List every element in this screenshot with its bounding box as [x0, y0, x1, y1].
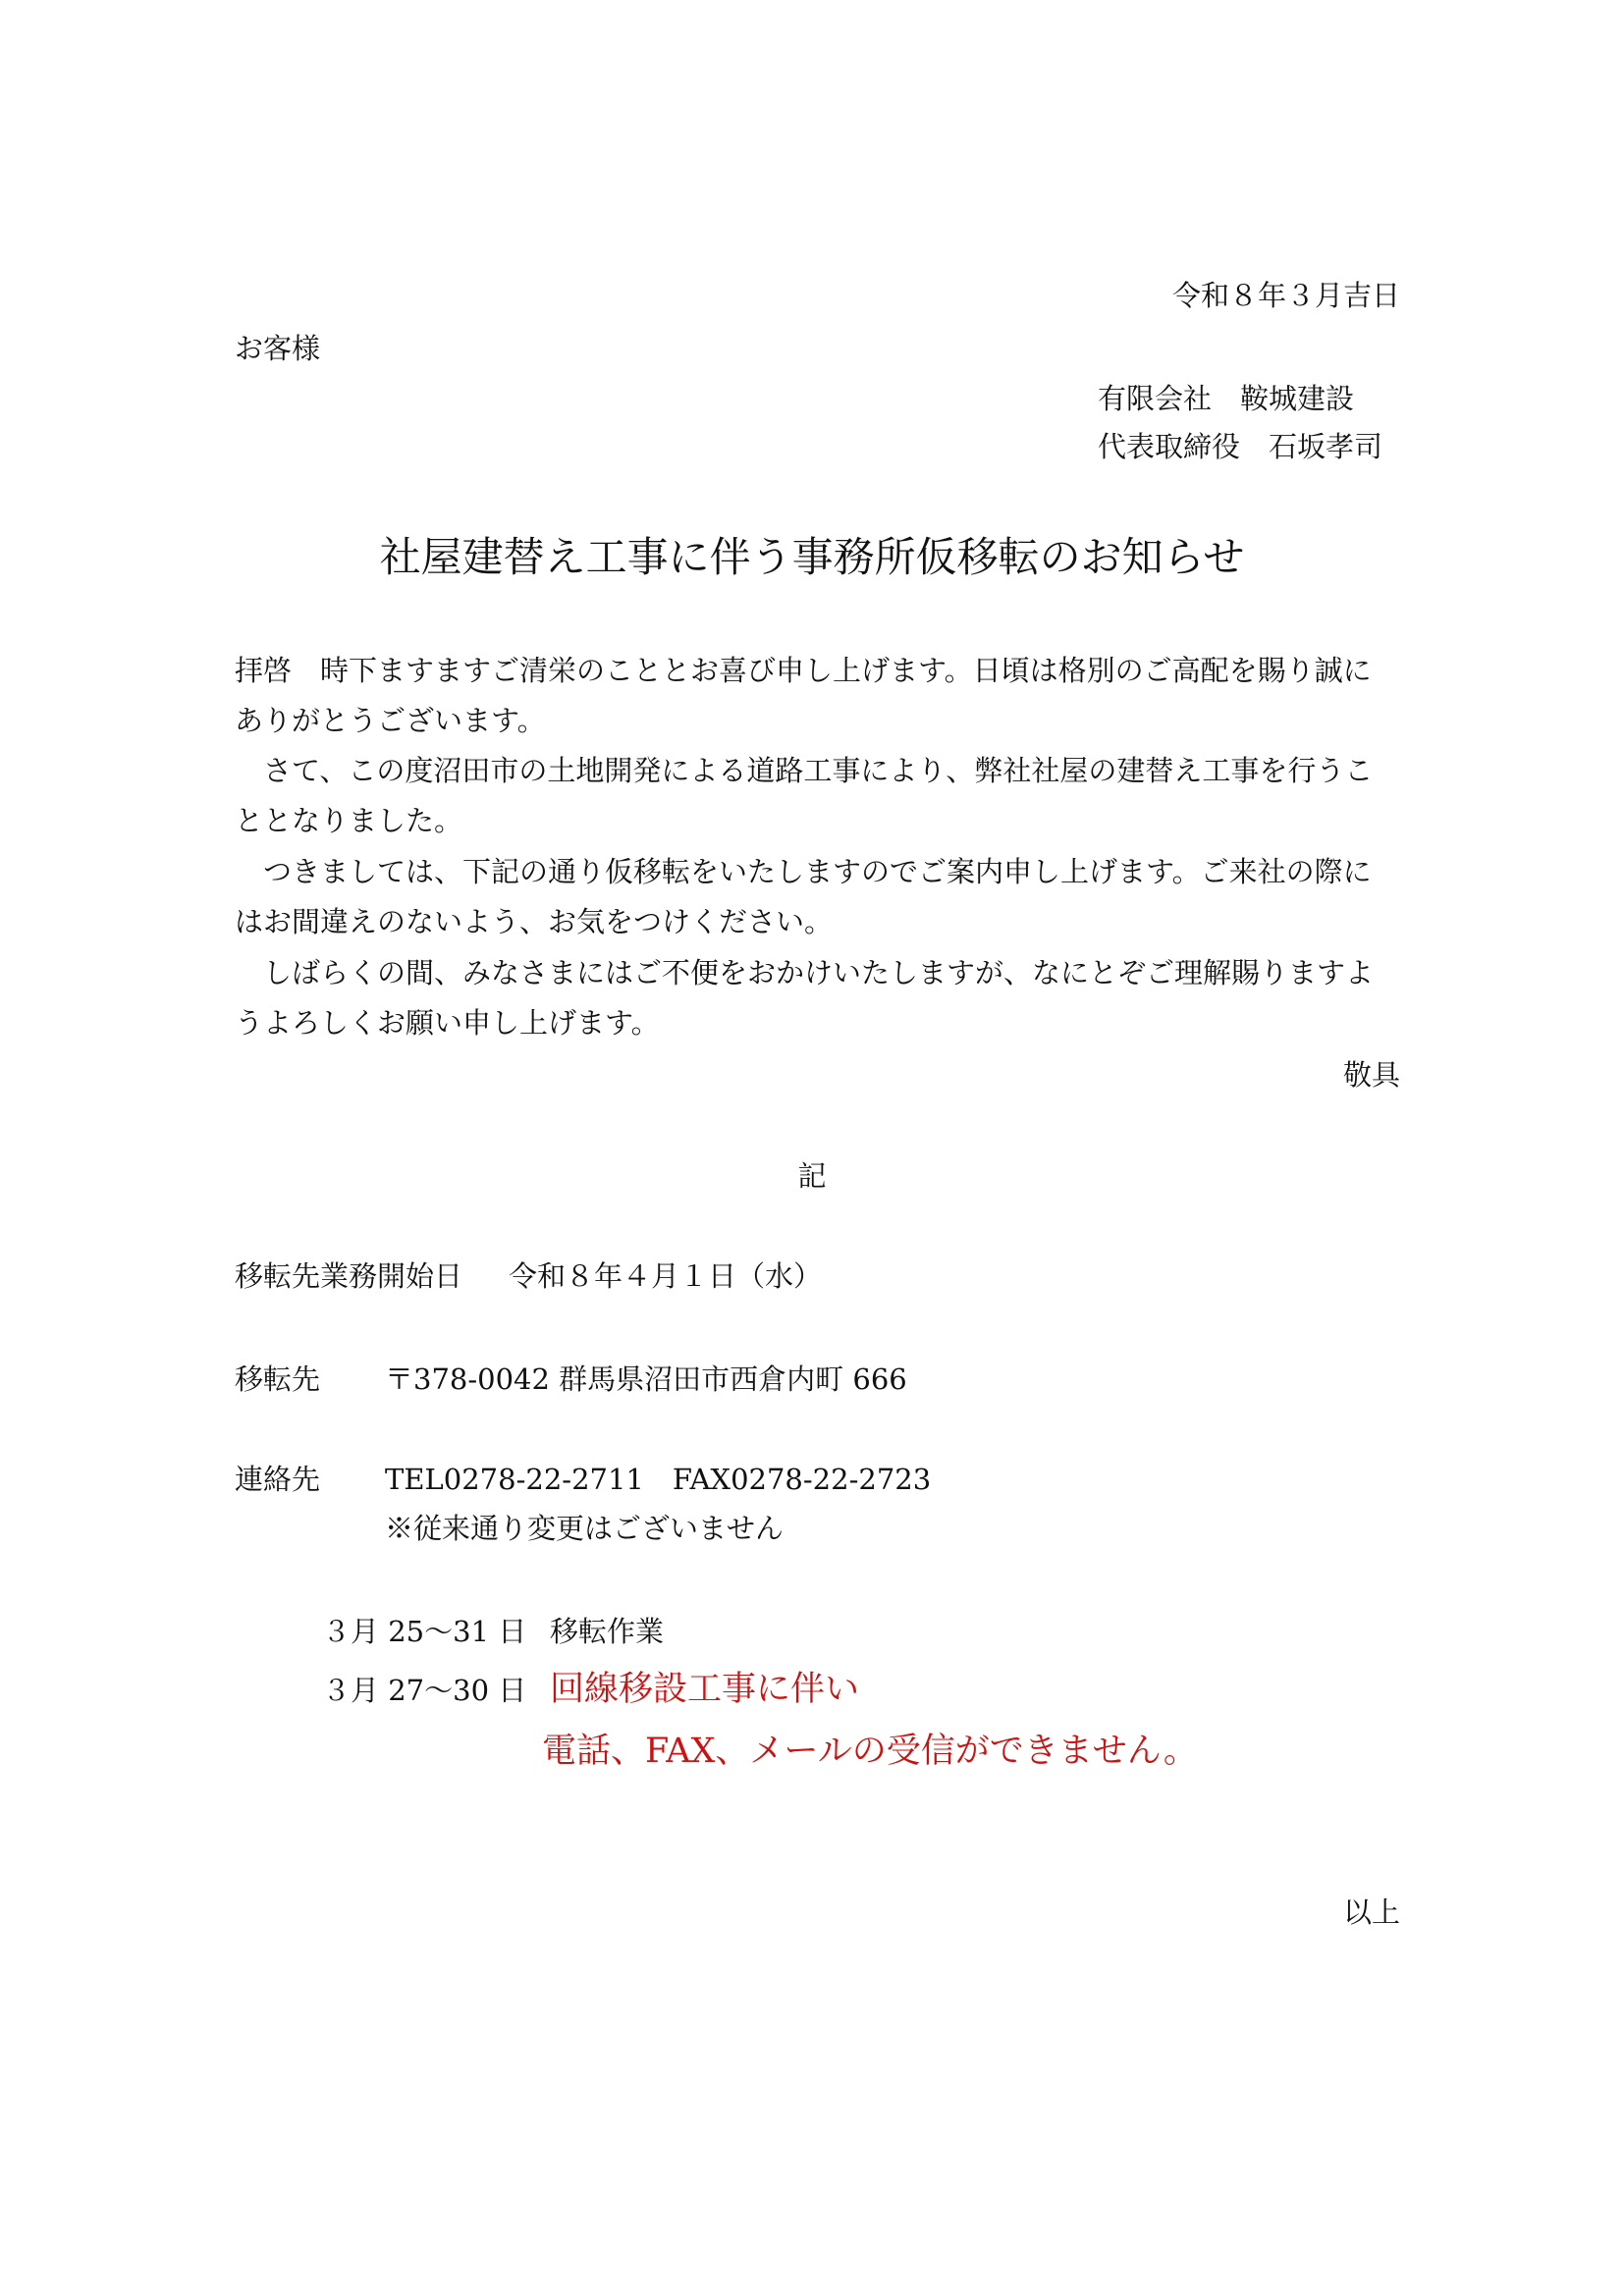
sender-company: 有限会社 鞍城建設: [1098, 379, 1354, 418]
address-value: 〒378-0042 群馬県沼田市西倉内町 666: [385, 1360, 907, 1399]
recipient: お客様: [235, 329, 320, 368]
sender-representative: 代表取締役 石坂孝司: [1098, 427, 1382, 466]
document-title: 社屋建替え工事に伴う事務所仮移転のお知らせ: [0, 530, 1624, 585]
schedule-2-description: 回線移設工事に伴い: [550, 1666, 859, 1713]
start-date-label: 移転先業務開始日: [235, 1256, 462, 1296]
contact-label: 連絡先: [235, 1460, 320, 1499]
body-paragraph-2: さて、この度沼田市の土地開発による道路工事により、弊社社屋の建替え工事を行うこと…: [235, 746, 1393, 846]
end-mark: 以上: [1343, 1893, 1400, 1932]
schedule-2-dates: ３月 27～30 日: [322, 1671, 526, 1710]
document-page: 令和８年３月吉日 お客様 有限会社 鞍城建設 代表取締役 石坂孝司 社屋建替え工…: [0, 0, 1624, 2296]
schedule-2-warning-note: 電話、FAX、メールの受信ができません。: [542, 1728, 1198, 1775]
ki-heading: 記: [0, 1156, 1624, 1196]
address-label: 移転先: [235, 1360, 320, 1399]
body-paragraph-3: つきましては、下記の通り仮移転をいたしますのでご案内申し上げます。ご来社の際には…: [235, 847, 1393, 947]
closing-keigu: 敬具: [1343, 1055, 1400, 1095]
body-paragraph-4: しばらくの間、みなさまにはご不便をおかけいたしますが、なにとぞご理解賜りますよう…: [235, 948, 1393, 1048]
document-date: 令和８年３月吉日: [1172, 276, 1400, 315]
body-paragraph-1: 拝啓 時下ますますご清栄のこととお喜び申し上げます。日頃は格別のご高配を賜り誠に…: [235, 646, 1393, 746]
contact-value: TEL0278-22-2711 FAX0278-22-2723: [385, 1460, 931, 1499]
contact-note: ※従来通り変更はございません: [385, 1509, 784, 1548]
start-date-value: 令和８年４月１日（水）: [509, 1256, 822, 1296]
schedule-1-description: 移転作業: [550, 1612, 664, 1651]
schedule-1-dates: ３月 25～31 日: [322, 1612, 526, 1651]
